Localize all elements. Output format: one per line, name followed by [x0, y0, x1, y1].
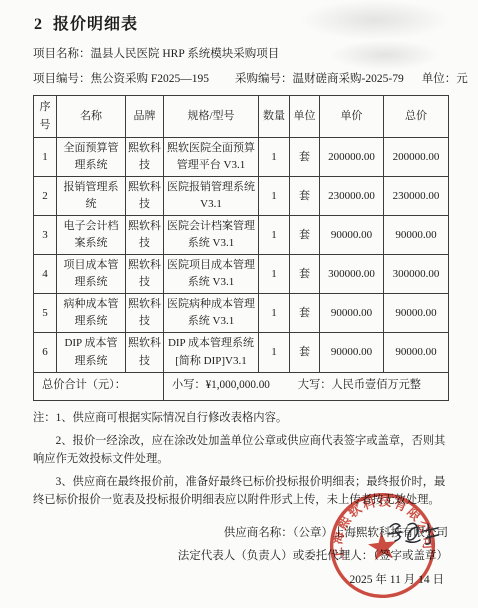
- cell-unit: 套: [290, 294, 320, 333]
- cell-name: 病种成本管理系统: [57, 294, 126, 333]
- cell-no: 6: [34, 333, 57, 372]
- page-title: 2报价明细表: [34, 11, 448, 34]
- document-content: 2报价明细表 项目名称：温县人民医院 HRP 系统模块采购项目 项目编号：焦公资…: [0, 0, 478, 593]
- cell-price: 90000.00: [320, 294, 384, 333]
- purchase-no-value: 温财磋商采购-2025-79: [293, 73, 404, 85]
- notes-section: 注：1、供应商可根据实际情况自行修改表格内容。 2、报价一经涂改，应在涂改处加盖…: [33, 409, 448, 509]
- cell-name: 项目成本管理系统: [57, 255, 126, 294]
- cell-total: 200000.00: [384, 138, 449, 177]
- project-number-line: 项目编号：焦公资采购 F2025—195采购编号：温财磋商采购-2025-79单…: [33, 70, 448, 86]
- cell-brand: 熙软科技: [126, 138, 164, 177]
- header-row: 序号 名称 品牌 规格/型号 数量 单位 单价 总价: [34, 96, 449, 138]
- project-no-label: 项目编号：: [33, 73, 91, 85]
- table-body: 1 全面预算管理系统 熙软科技 熙软医院全面预算管理平台 V3.1 1 套 20…: [34, 138, 449, 373]
- total-uppercase: 大写：人民币壹佰万元整: [298, 379, 421, 391]
- quotation-document-page: 2报价明细表 项目名称：温县人民医院 HRP 系统模块采购项目 项目编号：焦公资…: [0, 0, 478, 608]
- table-header: 序号 名称 品牌 规格/型号 数量 单位 单价 总价: [34, 96, 449, 138]
- table-row: 1 全面预算管理系统 熙软科技 熙软医院全面预算管理平台 V3.1 1 套 20…: [34, 138, 449, 177]
- cell-unit: 套: [290, 333, 320, 372]
- col-header-no: 序号: [34, 96, 57, 138]
- cell-name: 电子会计档案系统: [57, 216, 126, 255]
- representative-line: 法定代表人（负责人）或委托代理人：（签字或盖章）: [33, 545, 448, 569]
- cell-price: 90000.00: [320, 333, 384, 372]
- col-header-total: 总价: [384, 96, 449, 138]
- cell-brand: 熙软科技: [126, 333, 164, 372]
- cell-price: 230000.00: [320, 177, 384, 216]
- cell-total: 90000.00: [384, 216, 449, 255]
- cell-name: 报销管理系统: [57, 177, 126, 216]
- col-header-qty: 数量: [259, 96, 290, 138]
- cell-brand: 熙软科技: [126, 255, 164, 294]
- col-header-price: 单价: [320, 96, 384, 138]
- cell-unit: 套: [290, 138, 320, 177]
- cell-brand: 熙软科技: [126, 216, 164, 255]
- cell-name: 全面预算管理系统: [57, 138, 126, 177]
- table-row: 4 项目成本管理系统 熙软科技 医院项目成本管理系统 V3.1 1 套 3000…: [34, 255, 449, 294]
- project-no-value: 焦公资采购 F2025—195: [91, 73, 210, 85]
- cell-spec: 熙软医院全面预算管理平台 V3.1: [164, 138, 259, 177]
- total-row: 总价合计（元）： 小写：¥1,000,000.00大写：人民币壹佰万元整: [34, 372, 449, 400]
- note-1: 注：1、供应商可根据实际情况自行修改表格内容。: [33, 409, 448, 427]
- table-row: 2 报销管理系统 熙软科技 医院报销管理系统 V3.1 1 套 230000.0…: [34, 177, 449, 216]
- cell-brand: 熙软科技: [126, 294, 164, 333]
- project-name-label: 项目名称：: [33, 48, 91, 60]
- cell-unit: 套: [290, 255, 320, 294]
- cell-no: 1: [34, 138, 57, 177]
- total-lowercase: 小写：¥1,000,000.00: [172, 379, 270, 391]
- purchase-no-label: 采购编号：: [235, 73, 293, 85]
- cell-no: 5: [34, 294, 57, 333]
- cell-qty: 1: [259, 333, 290, 372]
- cell-qty: 1: [259, 294, 290, 333]
- table-footer: 总价合计（元）： 小写：¥1,000,000.00大写：人民币壹佰万元整: [34, 372, 449, 400]
- unit-label: 单位：元: [422, 73, 468, 85]
- table-row: 6 DIP 成本管理系统 熙软科技 DIP 成本管理系统[简称 DIP]V3.1…: [34, 333, 449, 372]
- cell-unit: 套: [290, 177, 320, 216]
- date-line: 2025 年 11 月 14 日: [33, 569, 448, 593]
- cell-no: 3: [34, 216, 57, 255]
- table-row: 3 电子会计档案系统 熙软科技 医院会计档案管理系统 V3.1 1 套 9000…: [34, 216, 449, 255]
- cell-spec: 医院病种成本管理系统 V3.1: [164, 294, 259, 333]
- cell-qty: 1: [259, 255, 290, 294]
- cell-qty: 1: [259, 216, 290, 255]
- supplier-name-line: 供应商名称：（公章）上海熙软科技有限公司: [33, 522, 448, 546]
- total-values: 小写：¥1,000,000.00大写：人民币壹佰万元整: [164, 372, 449, 400]
- cell-qty: 1: [259, 138, 290, 177]
- cell-spec: 医院会计档案管理系统 V3.1: [164, 216, 259, 255]
- cell-unit: 套: [290, 216, 320, 255]
- cell-name: DIP 成本管理系统: [57, 333, 126, 372]
- cell-qty: 1: [259, 177, 290, 216]
- cell-no: 2: [34, 177, 57, 216]
- cell-price: 300000.00: [320, 255, 384, 294]
- cell-total: 90000.00: [384, 333, 449, 372]
- cell-spec: 医院报销管理系统 V3.1: [164, 177, 259, 216]
- title-text: 报价明细表: [53, 16, 138, 33]
- signature-block: 供应商名称：（公章）上海熙软科技有限公司 法定代表人（负责人）或委托代理人：（签…: [33, 522, 448, 593]
- title-number: 2: [34, 16, 43, 33]
- cell-spec: DIP 成本管理系统[简称 DIP]V3.1: [164, 333, 259, 372]
- note-2: 2、报价一经涂改，应在涂改处加盖单位公章或供应商代表签字或盖章，否则其响应作无效…: [33, 432, 448, 468]
- col-header-name: 名称: [57, 96, 126, 138]
- note-3: 3、供应商在最终报价前，准备好最终已标价投标报价明细表；最终报价时，最终已标价报…: [33, 473, 448, 509]
- col-header-spec: 规格/型号: [164, 96, 259, 138]
- total-label: 总价合计（元）：: [34, 372, 164, 400]
- cell-total: 230000.00: [384, 177, 449, 216]
- cell-price: 200000.00: [320, 138, 384, 177]
- cell-total: 90000.00: [384, 294, 449, 333]
- cell-no: 4: [34, 255, 57, 294]
- col-header-unit: 单位: [290, 96, 320, 138]
- cell-brand: 熙软科技: [126, 177, 164, 216]
- table-row: 5 病种成本管理系统 熙软科技 医院病种成本管理系统 V3.1 1 套 9000…: [34, 294, 449, 333]
- quotation-table: 序号 名称 品牌 规格/型号 数量 单位 单价 总价 1 全面预算管理系统 熙软…: [33, 95, 449, 401]
- project-name-line: 项目名称：温县人民医院 HRP 系统模块采购项目: [33, 45, 448, 61]
- cell-total: 300000.00: [384, 255, 449, 294]
- col-header-brand: 品牌: [126, 96, 164, 138]
- cell-price: 90000.00: [320, 216, 384, 255]
- project-name-value: 温县人民医院 HRP 系统模块采购项目: [91, 48, 280, 60]
- cell-spec: 医院项目成本管理系统 V3.1: [164, 255, 259, 294]
